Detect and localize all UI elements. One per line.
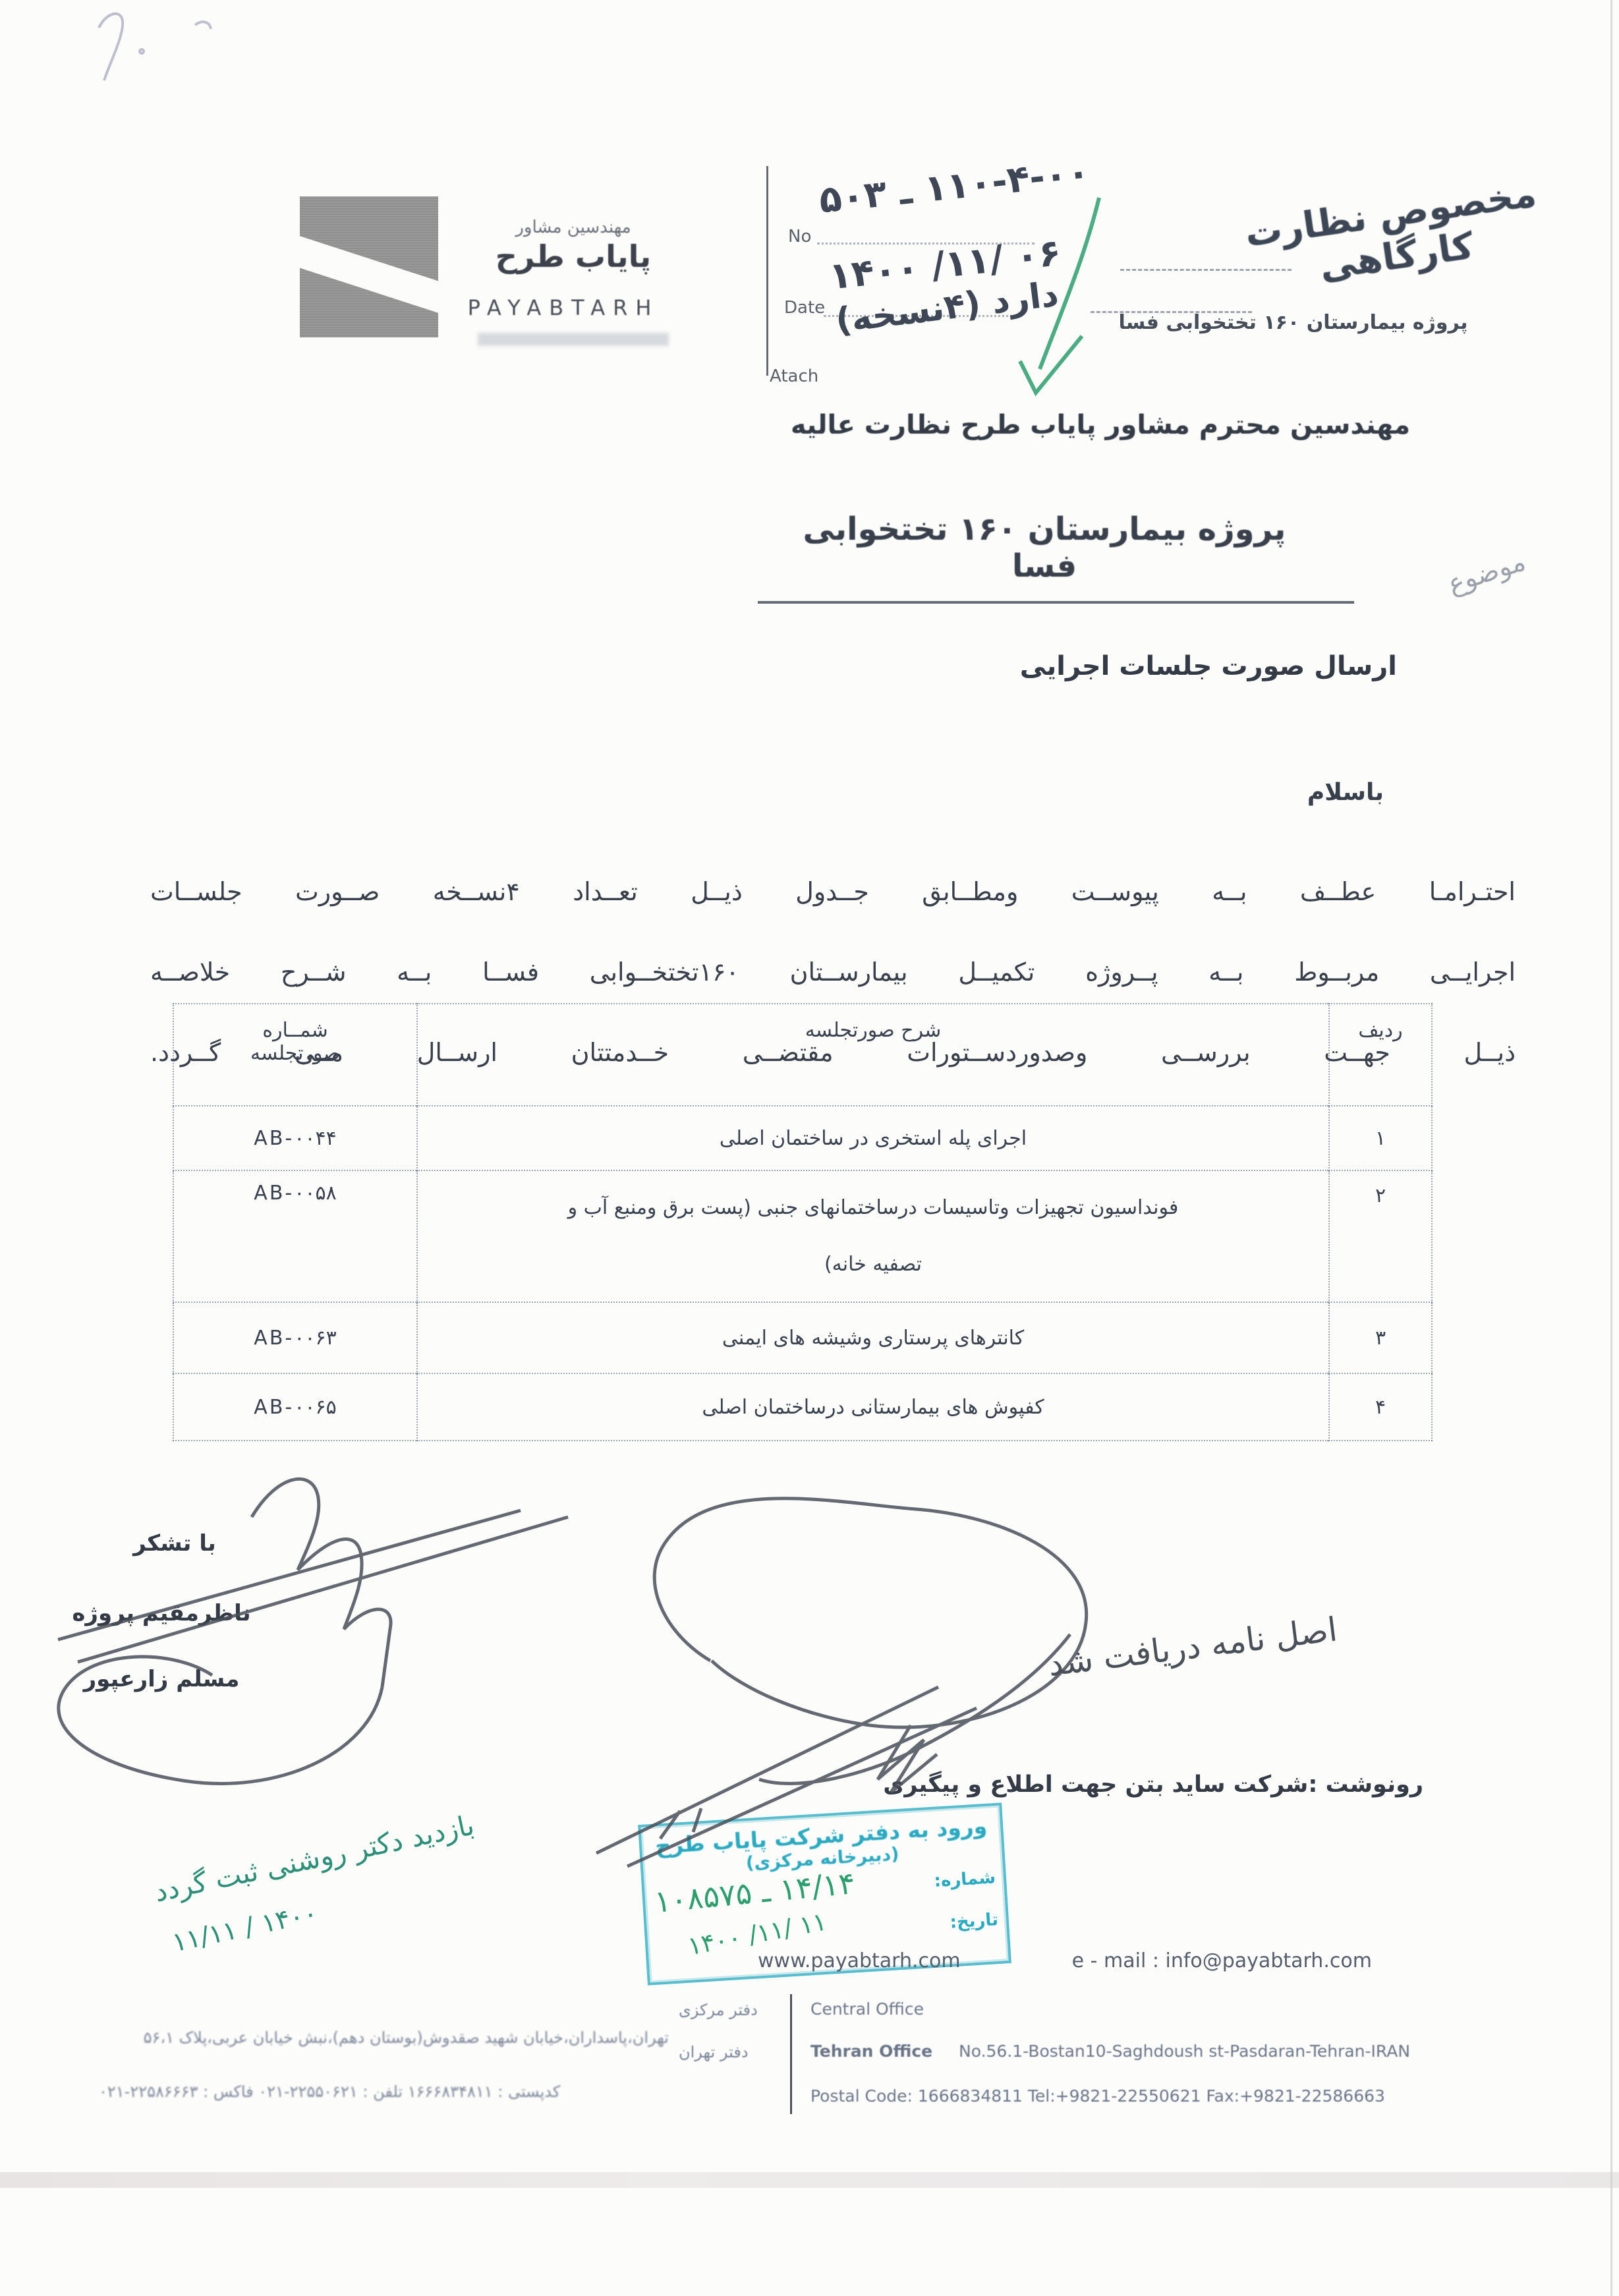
signer-role: ناظرمقیم پروژه: [69, 1600, 254, 1626]
footer-tehran-address-en: No.56.1-Bostan10-Saghdoush st-Pasdaran-T…: [959, 2042, 1410, 2061]
row-minutes-number: AB-۰۰۶۵: [173, 1373, 417, 1441]
corner-note: مخصوص نظارت کارگاهی: [1176, 163, 1612, 307]
received-handwritten-note: اصل نامه دریافت شد: [988, 1603, 1398, 1690]
table-row: ۳ کانترهای پرستاری وشیشه های ایمنی AB-۰۰…: [173, 1302, 1432, 1373]
row-description: کانترهای پرستاری وشیشه های ایمنی: [417, 1302, 1329, 1373]
scan-artifact-band: [0, 2172, 1619, 2188]
stamp-date-label: تاریخ:: [950, 1910, 999, 1932]
logo-subtitle-smudge: [478, 333, 669, 346]
title-underline: [758, 601, 1354, 604]
margin-note-green: بازدید دکتر روشنی ثبت گردد ۱۴۰۰ / ۱۱/۱۱: [6, 1809, 488, 1991]
attach-project-line: پروژه بیمارستان ۱۶۰ تختخوابی فسا: [1114, 311, 1473, 334]
stamp-number-label: شماره:: [934, 1868, 996, 1891]
scanned-letter-page: مهندسین مشاور پایاب طرح PAYABTARH مخصوص …: [0, 0, 1619, 2296]
table-row: ۲ فونداسیون تجهیزات وتاسیسات درساختمانها…: [173, 1170, 1432, 1302]
addressee-line: مهندسین محترم مشاور پایاب طرح نظارت عالی…: [787, 410, 1413, 440]
logo-fa-small: مهندسین مشاور: [484, 217, 662, 237]
table-row: ۴ کفپوش های بیمارستانی درساختمان اصلی AB…: [173, 1373, 1432, 1441]
footer-divider: [790, 1994, 792, 2114]
no-handwritten-value: ۱۱۰-۴-۰۰ ـ ۵۰۳: [817, 151, 1092, 222]
attach-label: Atach: [770, 366, 818, 386]
col-header-description: شرح صورتجلسه: [417, 1004, 1329, 1106]
logo-fa-name: پایاب طرح: [491, 239, 656, 274]
col-header-minutes-number: شمــاره صورتجلسه: [173, 1004, 417, 1106]
footer-central-office-fa: دفتر مرکزی: [679, 2001, 778, 2019]
table-row: ۱ اجرای پله استخری در ساختمان اصلی AB-۰۰…: [173, 1106, 1432, 1170]
website-email-line: www.payabtarh.com e - mail : info@payabt…: [758, 1949, 1417, 1972]
row-minutes-number: AB-۰۰۴۴: [173, 1106, 417, 1170]
row-description: اجرای پله استخری در ساختمان اصلی: [417, 1106, 1329, 1170]
left-signature: [58, 1479, 568, 1783]
project-title: پروژه بیمارستان ۱۶۰ تختخوابی فسا: [768, 511, 1321, 585]
corner-scribble: [99, 14, 211, 80]
minutes-table: ردیف شرح صورتجلسه شمــاره صورتجلسه ۱ اجر…: [173, 1003, 1433, 1441]
footer-tehran-label-en: Tehran Office: [810, 2042, 932, 2061]
cc-line: رونوشت :شرکت ساید بتن جهت اطلاع و پیگیری: [850, 1771, 1423, 1798]
row-index: ۴: [1329, 1373, 1432, 1441]
row-description: فونداسیون تجهیزات وتاسیسات درساختمانهای …: [417, 1170, 1329, 1302]
footer-postal-line-en: Postal Code: 1666834811 Tel:+9821-225506…: [810, 2086, 1385, 2106]
logo-en-name: PAYABTARH: [455, 295, 672, 320]
website-url: www.payabtarh.com: [758, 1949, 961, 1972]
subject-line: ارسال صورت جلسات اجرایی: [1015, 651, 1397, 681]
letterhead-divider: [766, 166, 768, 376]
footer-tehran-office-en: Tehran Office No.56.1-Bostan10-Saghdoush…: [810, 2042, 1410, 2061]
row-index: ۱: [1329, 1106, 1432, 1170]
paper-edge: [1610, 0, 1612, 2296]
footer-tehran-office-fa: دفتر تهران: [679, 2043, 778, 2061]
body-line-1: احتـرامـا عطــف بــه پیوســت ومطــابق جـ…: [150, 851, 1516, 932]
signer-name: مسلم زارعپور: [69, 1666, 254, 1692]
date-label: Date: [784, 298, 825, 318]
form-dash-line: [1120, 269, 1292, 271]
row-index: ۲: [1329, 1170, 1432, 1302]
thanks-label: با تشکر: [109, 1530, 241, 1557]
no-label: No: [788, 227, 811, 246]
body-line-2: اجرایــی مربــوط بــه پــروژه تکمیــل بی…: [150, 932, 1516, 1012]
subject-scribble: موضوع: [1357, 546, 1529, 628]
footer-address-fa: تهران،پاسداران،خیابان شهید صقدوش(بوستان …: [168, 2028, 669, 2047]
email-address: e - mail : info@payabtarh.com: [1072, 1949, 1372, 1972]
greeting: باسلام: [1252, 779, 1384, 806]
footer-contact-fa: کدپستی : ۱۶۶۶۸۳۴۸۱۱ تلفن : ۲۲۵۵۰۶۲۱-۰۲۱ …: [99, 2082, 764, 2101]
footer-central-office-en: Central Office: [810, 1999, 924, 2019]
row-minutes-number: AB-۰۰۵۸: [173, 1170, 417, 1302]
col-header-row-number: ردیف: [1329, 1004, 1432, 1106]
row-index: ۳: [1329, 1302, 1432, 1373]
row-description: کفپوش های بیمارستانی درساختمان اصلی: [417, 1373, 1329, 1441]
table-header-row: ردیف شرح صورتجلسه شمــاره صورتجلسه: [173, 1004, 1432, 1106]
row-minutes-number: AB-۰۰۶۳: [173, 1302, 417, 1373]
